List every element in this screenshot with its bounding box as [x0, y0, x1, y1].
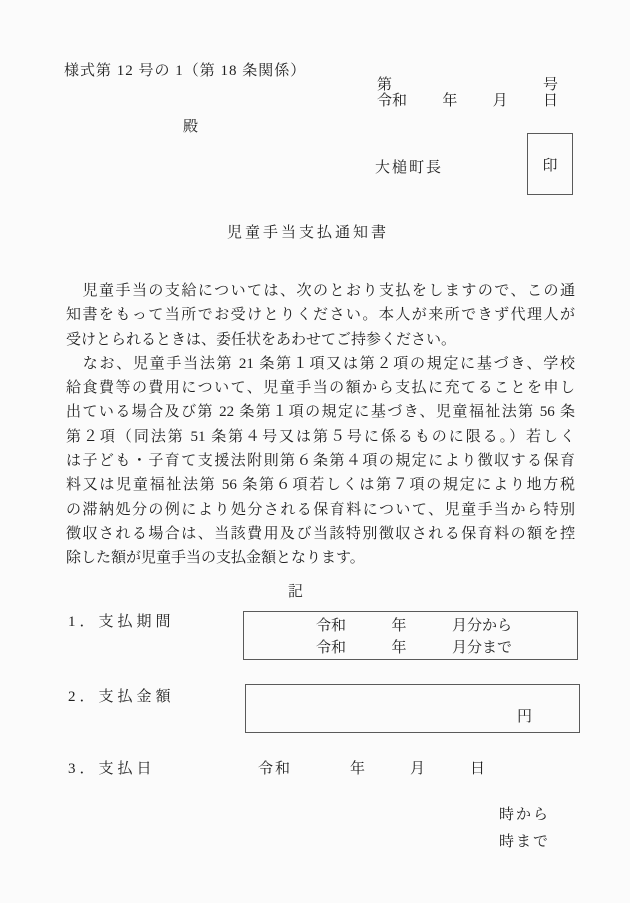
period-to-year: 年	[391, 636, 406, 657]
seal-box: 印	[527, 133, 573, 195]
issue-date-month: 月	[493, 89, 508, 110]
payment-period-from-row: 令和 年 月分から	[316, 614, 512, 635]
payment-time-to: 時まで	[400, 830, 550, 851]
payment-time-from: 時から	[400, 803, 550, 824]
paragraph2-line: 出ている場合及び第 22 条第１項の規定に基づき、児童福祉法第 56 条	[66, 400, 575, 424]
paragraph1-line: 知書をもって当所でお受けとりください。本人が来所できず代理人が	[66, 303, 575, 327]
body-text: 児童手当の支給については、次のとおり支払をしますので、この通 知書をもって当所で…	[66, 279, 575, 571]
period-from-month: 月分から	[452, 614, 512, 635]
payment-date-year: 年	[350, 757, 365, 778]
paragraph2-line: の滞納処分の例により処分される保育料について、児童手当から特別	[66, 498, 575, 522]
record-marker: 記	[0, 580, 592, 601]
period-from-year: 年	[391, 614, 406, 635]
paragraph2-line: は子ども・子育て支援法附則第６条第４項の規定により徴収する保育	[66, 449, 575, 473]
seal-label: 印	[542, 154, 557, 175]
period-to-era: 令和	[316, 636, 346, 657]
document-page: 様式第 12 号の 1（第 18 条関係） 第 号 令和 年 月 日 殿 大槌町…	[0, 0, 630, 903]
paragraph2-line: 除した額が児童手当の支払金額となります。	[66, 546, 575, 570]
issue-date-day: 日	[543, 89, 558, 110]
paragraph2-line: なお、児童手当法第 21 条第１項又は第２項の規定に基づき、学校	[66, 352, 575, 376]
issuer-name: 大槌町長	[375, 156, 443, 177]
issue-date-year: 年	[442, 89, 457, 110]
issue-date-era: 令和	[377, 89, 407, 110]
form-number: 様式第 12 号の 1（第 18 条関係）	[64, 59, 306, 80]
payment-date-era: 令和	[258, 757, 292, 778]
item-payment-date-label: 3．支払日	[68, 757, 156, 778]
period-to-month: 月分まで	[452, 636, 512, 657]
payment-date-month: 月	[410, 757, 425, 778]
paragraph2-line: 徴収される場合は、当該費用及び当該特別徴収される保育料の額を控	[66, 522, 575, 546]
paragraph2-line: 給食費等の費用について、児童手当の額から支払に充てることを申し	[66, 376, 575, 400]
issue-date-line: 令和 年 月 日	[377, 89, 558, 110]
period-from-era: 令和	[316, 614, 346, 635]
paragraph1-line: 児童手当の支給については、次のとおり支払をしますので、この通	[66, 279, 575, 303]
item-payment-amount-label: 2．支払金額	[68, 685, 175, 706]
page-title: 児童手当支払通知書	[0, 221, 616, 242]
paragraph2-line: 料又は児童福祉法第 56 条第６項若しくは第７項の規定により地方税	[66, 473, 575, 497]
item-payment-period-label: 1．支払期間	[68, 610, 175, 631]
payment-date-day: 日	[470, 757, 485, 778]
payment-period-to-row: 令和 年 月分まで	[316, 636, 512, 657]
paragraph2-line: 第２項（同法第 51 条第４号又は第５号に係るものに限る。）若しく	[66, 425, 575, 449]
payment-amount-box: 円	[245, 684, 580, 733]
payment-amount-unit: 円	[517, 705, 533, 726]
payment-period-box: 令和 年 月分から 令和 年 月分まで	[243, 611, 578, 660]
addressee-honorific: 殿	[183, 115, 200, 136]
paragraph1-line: 受けとられるときは、委任状をあわせてご持参ください。	[66, 328, 575, 352]
